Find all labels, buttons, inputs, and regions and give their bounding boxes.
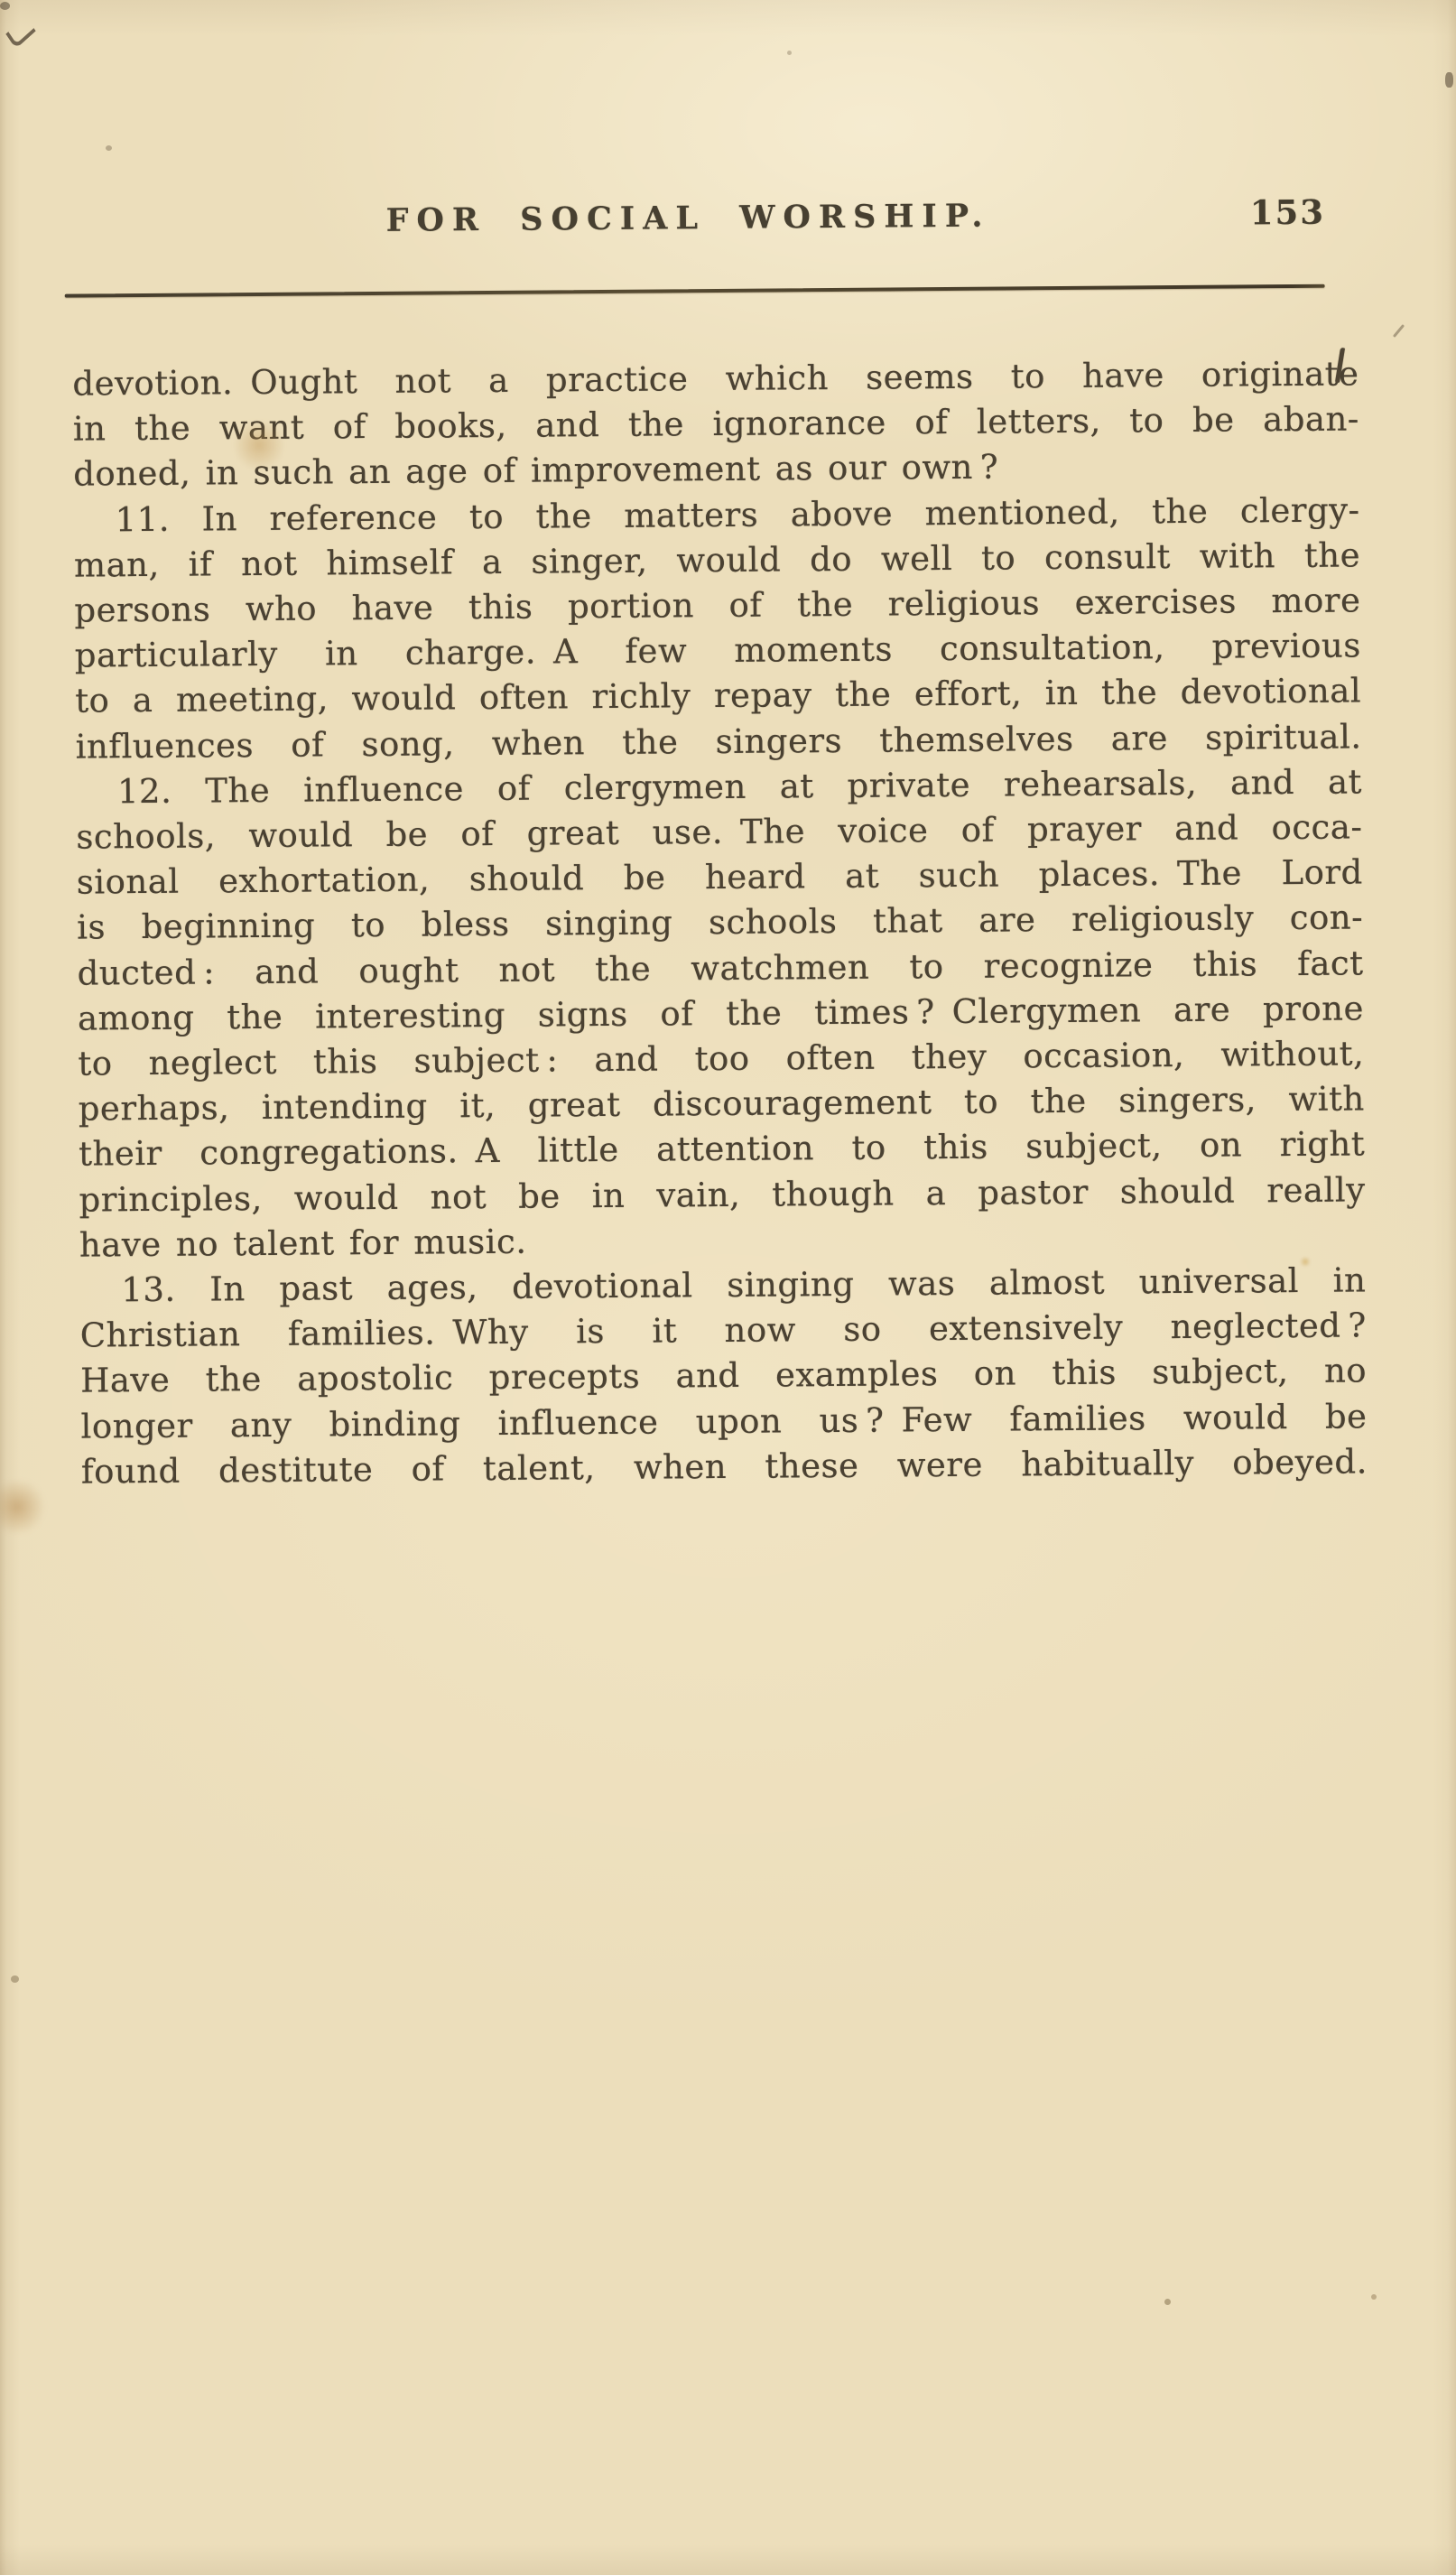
paper-stain	[0, 1481, 47, 1533]
scan-speck	[1393, 324, 1405, 338]
paragraph: devotion. Ought not a practice which see…	[72, 351, 1359, 497]
scan-edge-mark	[1445, 72, 1453, 88]
page-number: 153	[1250, 192, 1326, 233]
page-body: devotion. Ought not a practice which see…	[72, 351, 1368, 1494]
scan-speck	[11, 1975, 19, 1983]
book-page: FOR SOCIAL WORSHIP. 153 devotion. Ought …	[0, 0, 1456, 2575]
paragraph: 13. In past ages, devotional singing was…	[79, 1258, 1368, 1494]
paragraph: 12. The influence of clergymen at privat…	[76, 759, 1366, 1268]
scan-hook-mark	[5, 16, 36, 50]
page-content: FOR SOCIAL WORSHIP. 153 devotion. Ought …	[70, 0, 1376, 2575]
paragraph: 11. In reference to the matters above me…	[73, 488, 1361, 769]
header-rule	[65, 284, 1325, 298]
scan-speck	[0, 2, 10, 10]
running-head-title: FOR SOCIAL WORSHIP.	[71, 194, 1305, 244]
text-line: found destitute of talent, when these we…	[81, 1439, 1368, 1494]
running-head: FOR SOCIAL WORSHIP. 153	[71, 193, 1358, 245]
